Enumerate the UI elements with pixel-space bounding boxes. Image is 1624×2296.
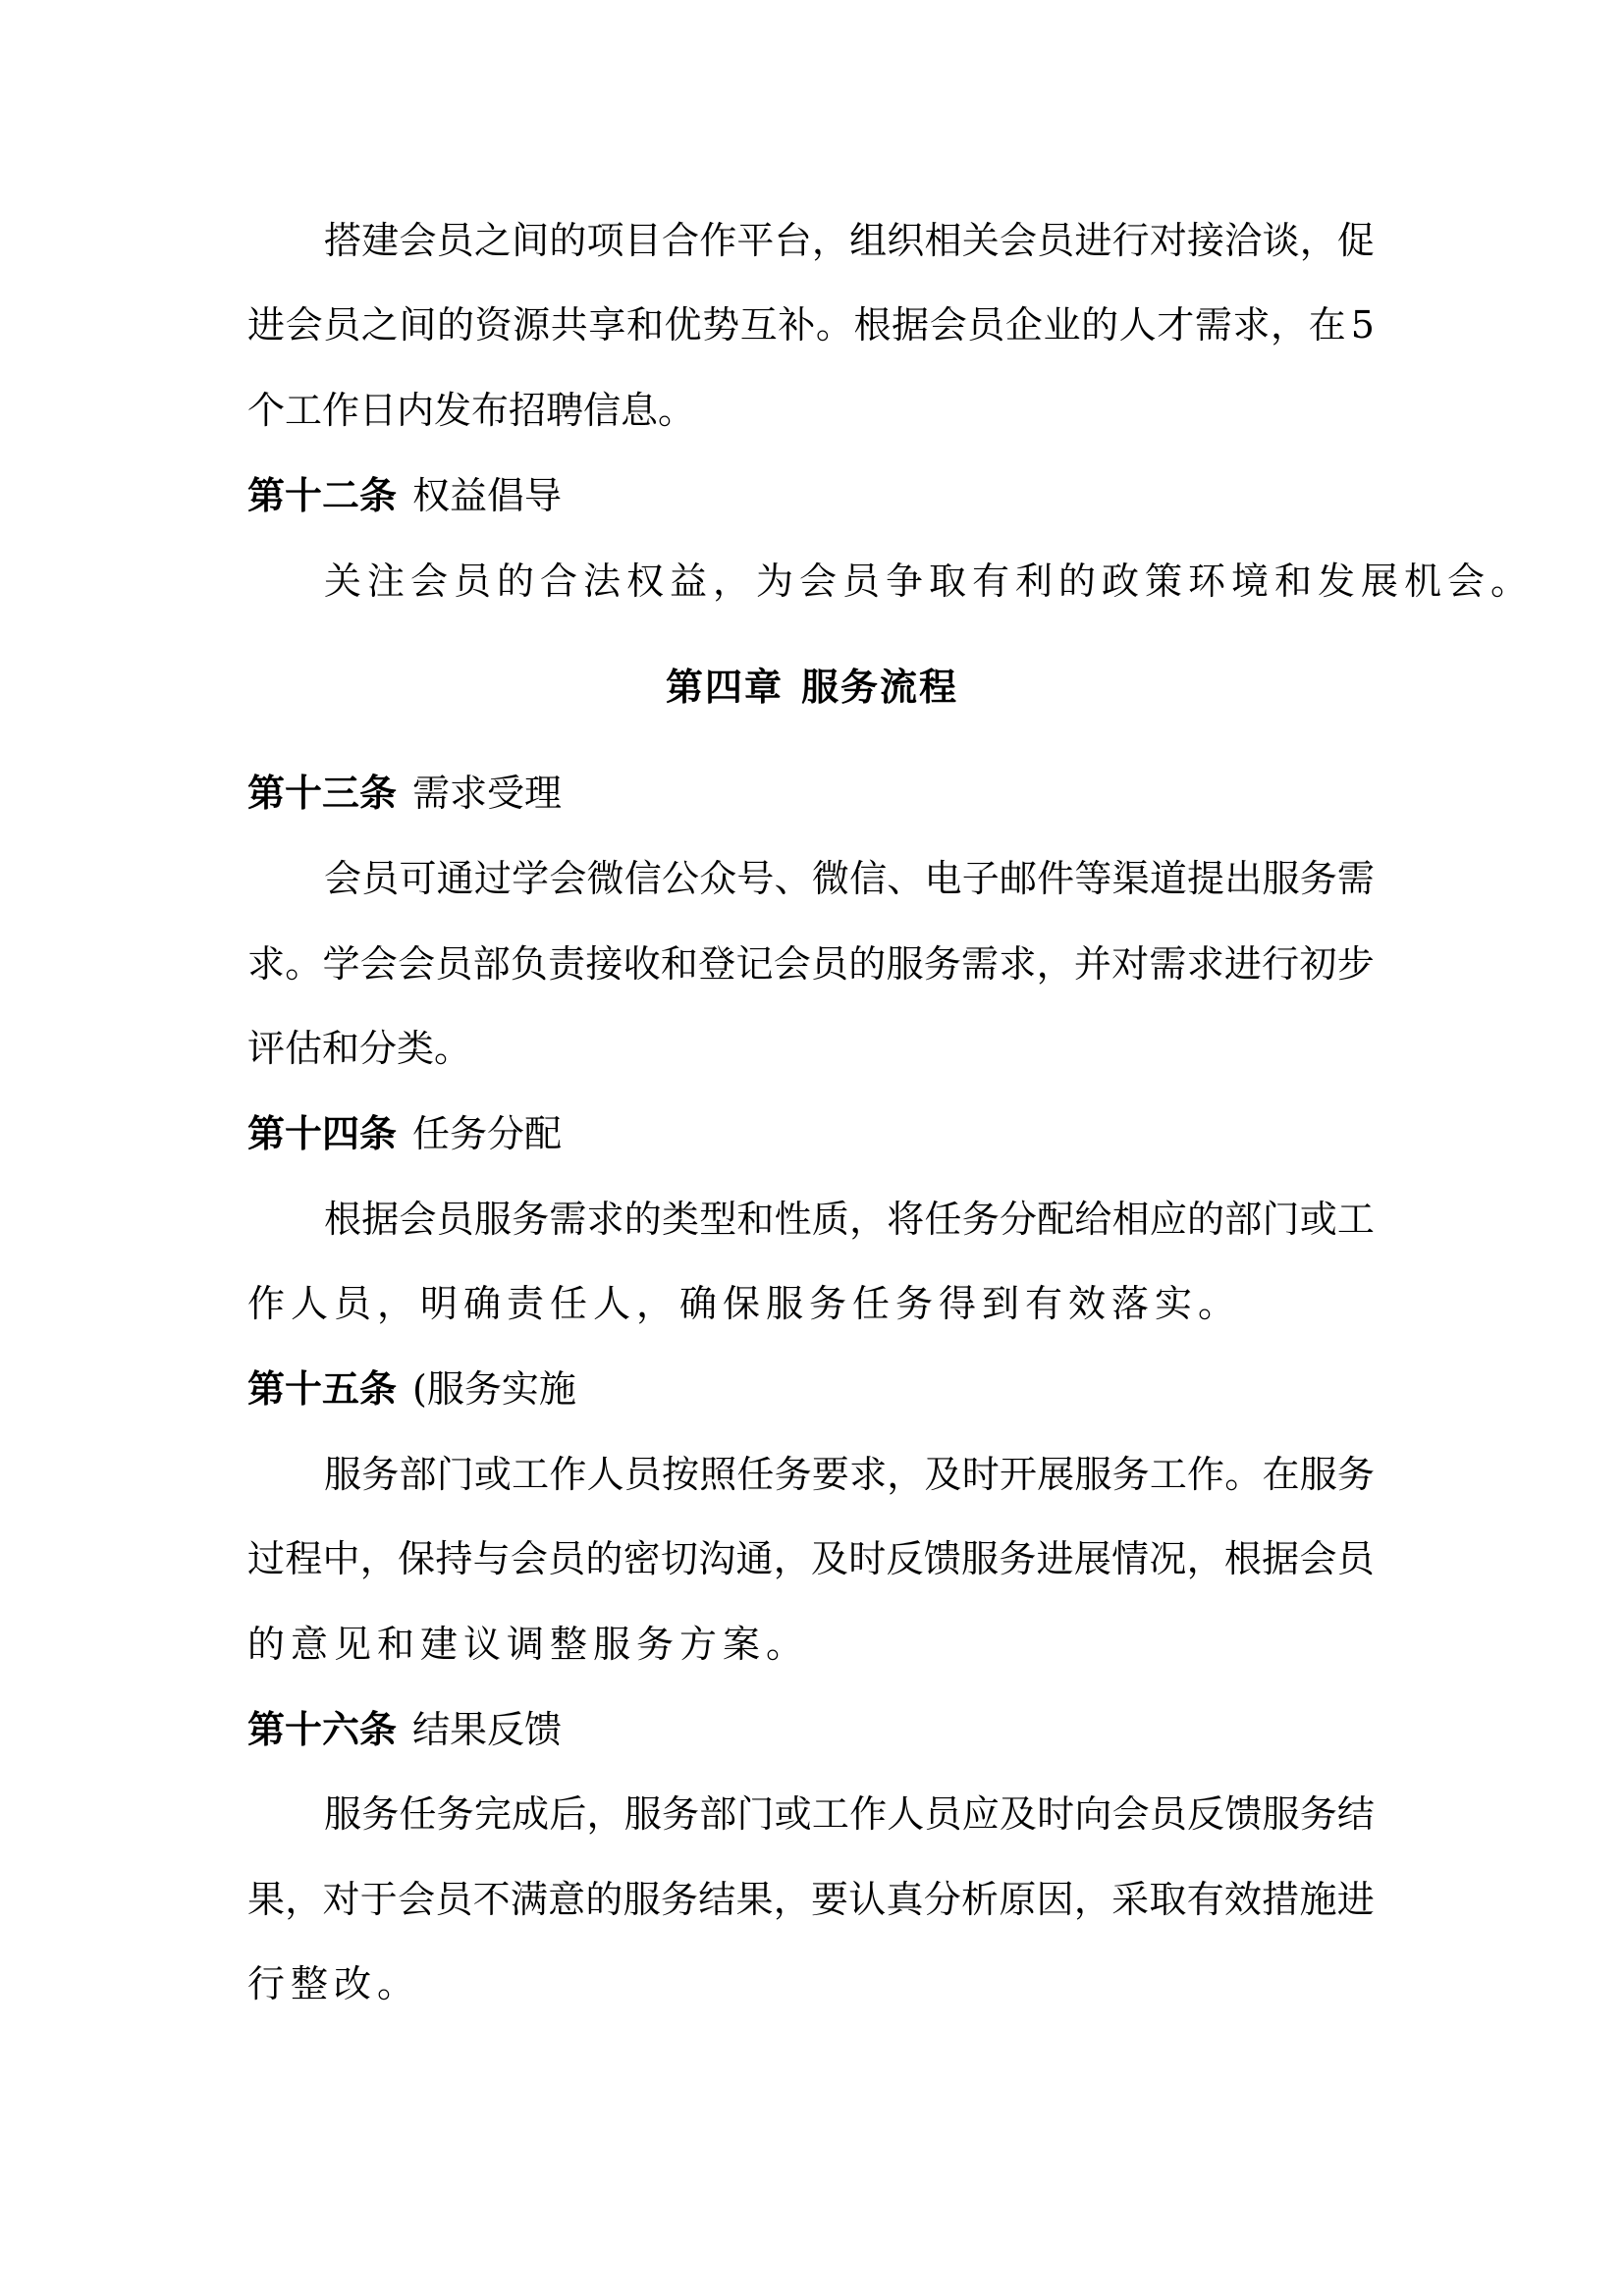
paragraph-line: 关注会员的合法权益，为会员争取有利的政策环境和发展机会。 <box>324 552 1375 611</box>
paragraph-line: 作人员，明确责任人，确保服务任务得到有效落实。 <box>247 1274 1375 1333</box>
paragraph-line: 搭建会员之间的项目合作平台，组织相关会员进行对接洽谈，促 <box>324 211 1375 270</box>
article-heading-13: 第十三条需求受理 <box>247 764 1375 823</box>
paragraph-line: 服务任务完成后，服务部门或工作人员应及时向会员反馈服务结 <box>324 1785 1375 1843</box>
article-number: 第十六条 <box>247 1707 397 1751</box>
article-title: 任务分配 <box>412 1112 562 1155</box>
article-number: 第十三条 <box>247 771 397 815</box>
article-number: 第十五条 <box>247 1366 397 1411</box>
article-title: 权益倡导 <box>412 474 562 517</box>
chapter-heading: 第四章服务流程 <box>0 658 1624 717</box>
article-heading-14: 第十四条任务分配 <box>247 1104 1375 1163</box>
article-heading-16: 第十六条结果反馈 <box>247 1700 1375 1759</box>
chapter-title: 服务流程 <box>801 665 958 709</box>
article-title: (服务实施 <box>412 1367 576 1411</box>
article-title: 结果反馈 <box>412 1708 562 1751</box>
paragraph-line: 根据会员服务需求的类型和性质，将任务分配给相应的部门或工 <box>324 1190 1375 1249</box>
article-heading-15: 第十五条(服务实施 <box>247 1360 1375 1418</box>
paragraph-line: 会员可通过学会微信公众号、微信、电子邮件等渠道提出服务需 <box>324 849 1375 908</box>
paragraph-line: 行整改。 <box>247 1954 1375 2013</box>
paragraph-line: 的意见和建议调整服务方案。 <box>247 1615 1375 1674</box>
article-number: 第十二条 <box>247 473 397 517</box>
paragraph-line: 评估和分类。 <box>247 1019 1375 1078</box>
paragraph-line: 服务部门或工作人员按照任务要求，及时开展服务工作。在服务 <box>324 1445 1375 1504</box>
paragraph-line: 个工作日内发布招聘信息。 <box>247 381 1375 440</box>
document-page: 搭建会员之间的项目合作平台，组织相关会员进行对接洽谈，促 进会员之间的资源共享和… <box>0 0 1624 2296</box>
paragraph-line: 求。学会会员部负责接收和登记会员的服务需求，并对需求进行初步 <box>247 934 1375 993</box>
article-heading-12: 第十二条权益倡导 <box>247 466 1375 525</box>
chapter-number: 第四章 <box>666 665 784 709</box>
paragraph-line: 过程中，保持与会员的密切沟通，及时反馈服务进展情况，根据会员 <box>247 1529 1375 1588</box>
paragraph-line: 果，对于会员不满意的服务结果，要认真分析原因，采取有效措施进 <box>247 1870 1375 1929</box>
article-number: 第十四条 <box>247 1111 397 1155</box>
paragraph-line: 进会员之间的资源共享和优势互补。根据会员企业的人才需求，在 5 <box>247 295 1375 354</box>
article-title: 需求受理 <box>412 772 562 815</box>
